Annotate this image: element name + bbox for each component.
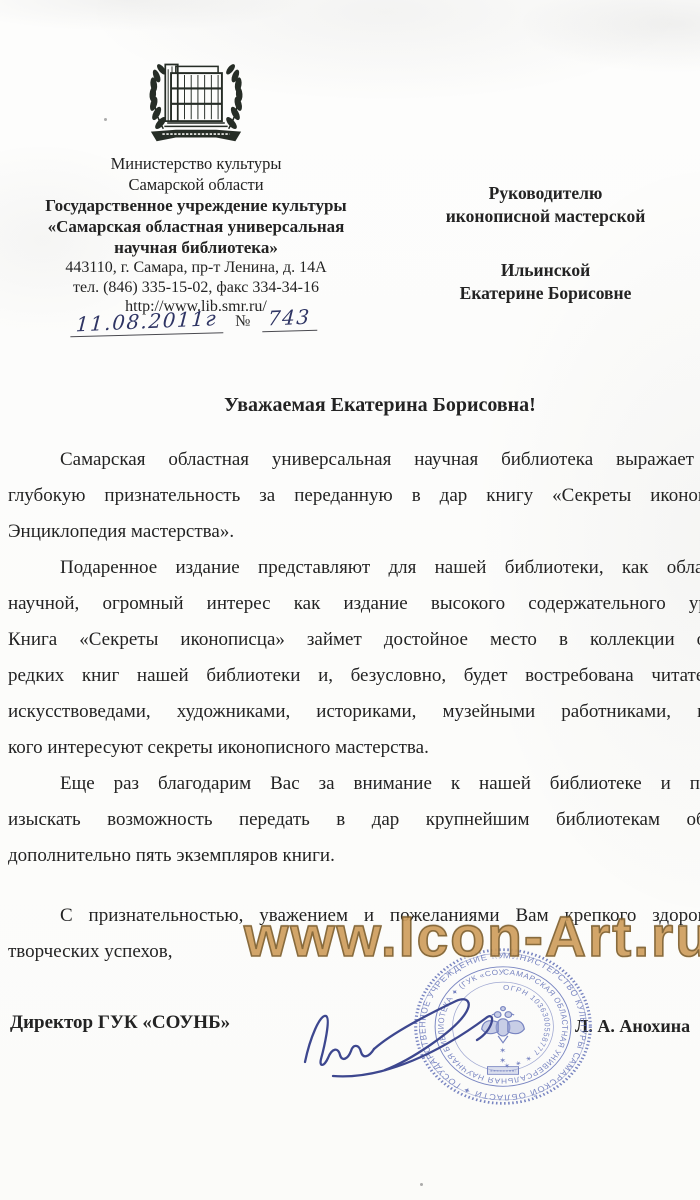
number-sign-label: №: [235, 313, 251, 333]
watermark-text: www.Icon-Art.ru: [244, 904, 700, 970]
address-line: 443110, г. Самара, пр-т Ленина, д. 14А: [0, 258, 392, 278]
scan-speck: [104, 118, 107, 121]
body-line: Самарская областная универсальная научна…: [8, 442, 700, 478]
body-line: изыскать возможность передать в дар круп…: [8, 802, 700, 838]
scanned-letter-page: Министерство культуры Самарской области …: [0, 0, 700, 1200]
body-paragraph: Еще раз благодарим Вас за внимание к наш…: [8, 766, 700, 874]
body-line: дополнительно пять экземпляров книги.: [8, 838, 700, 874]
body-line: Еще раз благодарим Вас за внимание к наш…: [8, 766, 700, 802]
handwritten-date: 11.08.2011г: [75, 306, 218, 336]
ribbon-banner: [151, 130, 241, 142]
addressee-name-line: Екатерине Борисовне: [398, 282, 693, 305]
addressee-role-line: иконописной мастерской: [398, 205, 693, 228]
library-building-laurel-logo-icon: [130, 52, 262, 148]
body-line: искусствоведами, художниками, историками…: [8, 694, 700, 730]
number-underline: 743: [262, 305, 317, 332]
body-paragraph: Подаренное издание представляют для наше…: [8, 550, 700, 766]
phone-fax-line: тел. (846) 335-15-02, факс 334-34-16: [0, 278, 392, 298]
addressee-block: Руководителю иконописной мастерской Ильи…: [398, 182, 693, 305]
body-line: кого интересуют секреты иконописного мас…: [8, 730, 700, 766]
organization-line: «Самарская областная универсальная: [0, 216, 392, 237]
date-underline: 11.08.2011г: [70, 307, 224, 337]
body-line: Книга «Секреты иконописца» займет достой…: [8, 622, 700, 658]
body-paragraph: Самарская областная универсальная научна…: [8, 442, 700, 550]
handwritten-number: 743: [268, 305, 312, 331]
organization-line: научная библиотека»: [0, 237, 392, 258]
date-number-row: 11.08.2011г № 743: [70, 305, 318, 337]
body-line: редких книг нашей библиотеки и, безуслов…: [8, 658, 700, 694]
ministry-line: Самарской области: [0, 175, 392, 196]
body-line: Энциклопедия мастерства».: [8, 514, 700, 550]
letter-body: Самарская областная универсальная научна…: [8, 442, 700, 970]
letterhead: Министерство культуры Самарской области …: [0, 52, 392, 317]
handwritten-signature: [293, 988, 518, 1093]
addressee-name-line: Ильинской: [398, 259, 693, 282]
scan-speck: [420, 1183, 423, 1186]
body-line: научной, огромный интерес как издание вы…: [8, 586, 700, 622]
body-line: глубокую признательность за переданную в…: [8, 478, 700, 514]
signoff-title: Директор ГУК «СОУНБ»: [10, 1012, 230, 1034]
addressee-role-line: Руководителю: [398, 182, 693, 205]
organization-line: Государственное учреждение культуры: [0, 195, 392, 216]
salutation: Уважаемая Екатерина Борисовна!: [8, 394, 700, 417]
ministry-line: Министерство культуры: [0, 154, 392, 175]
body-line: Подаренное издание представляют для наше…: [8, 550, 700, 586]
